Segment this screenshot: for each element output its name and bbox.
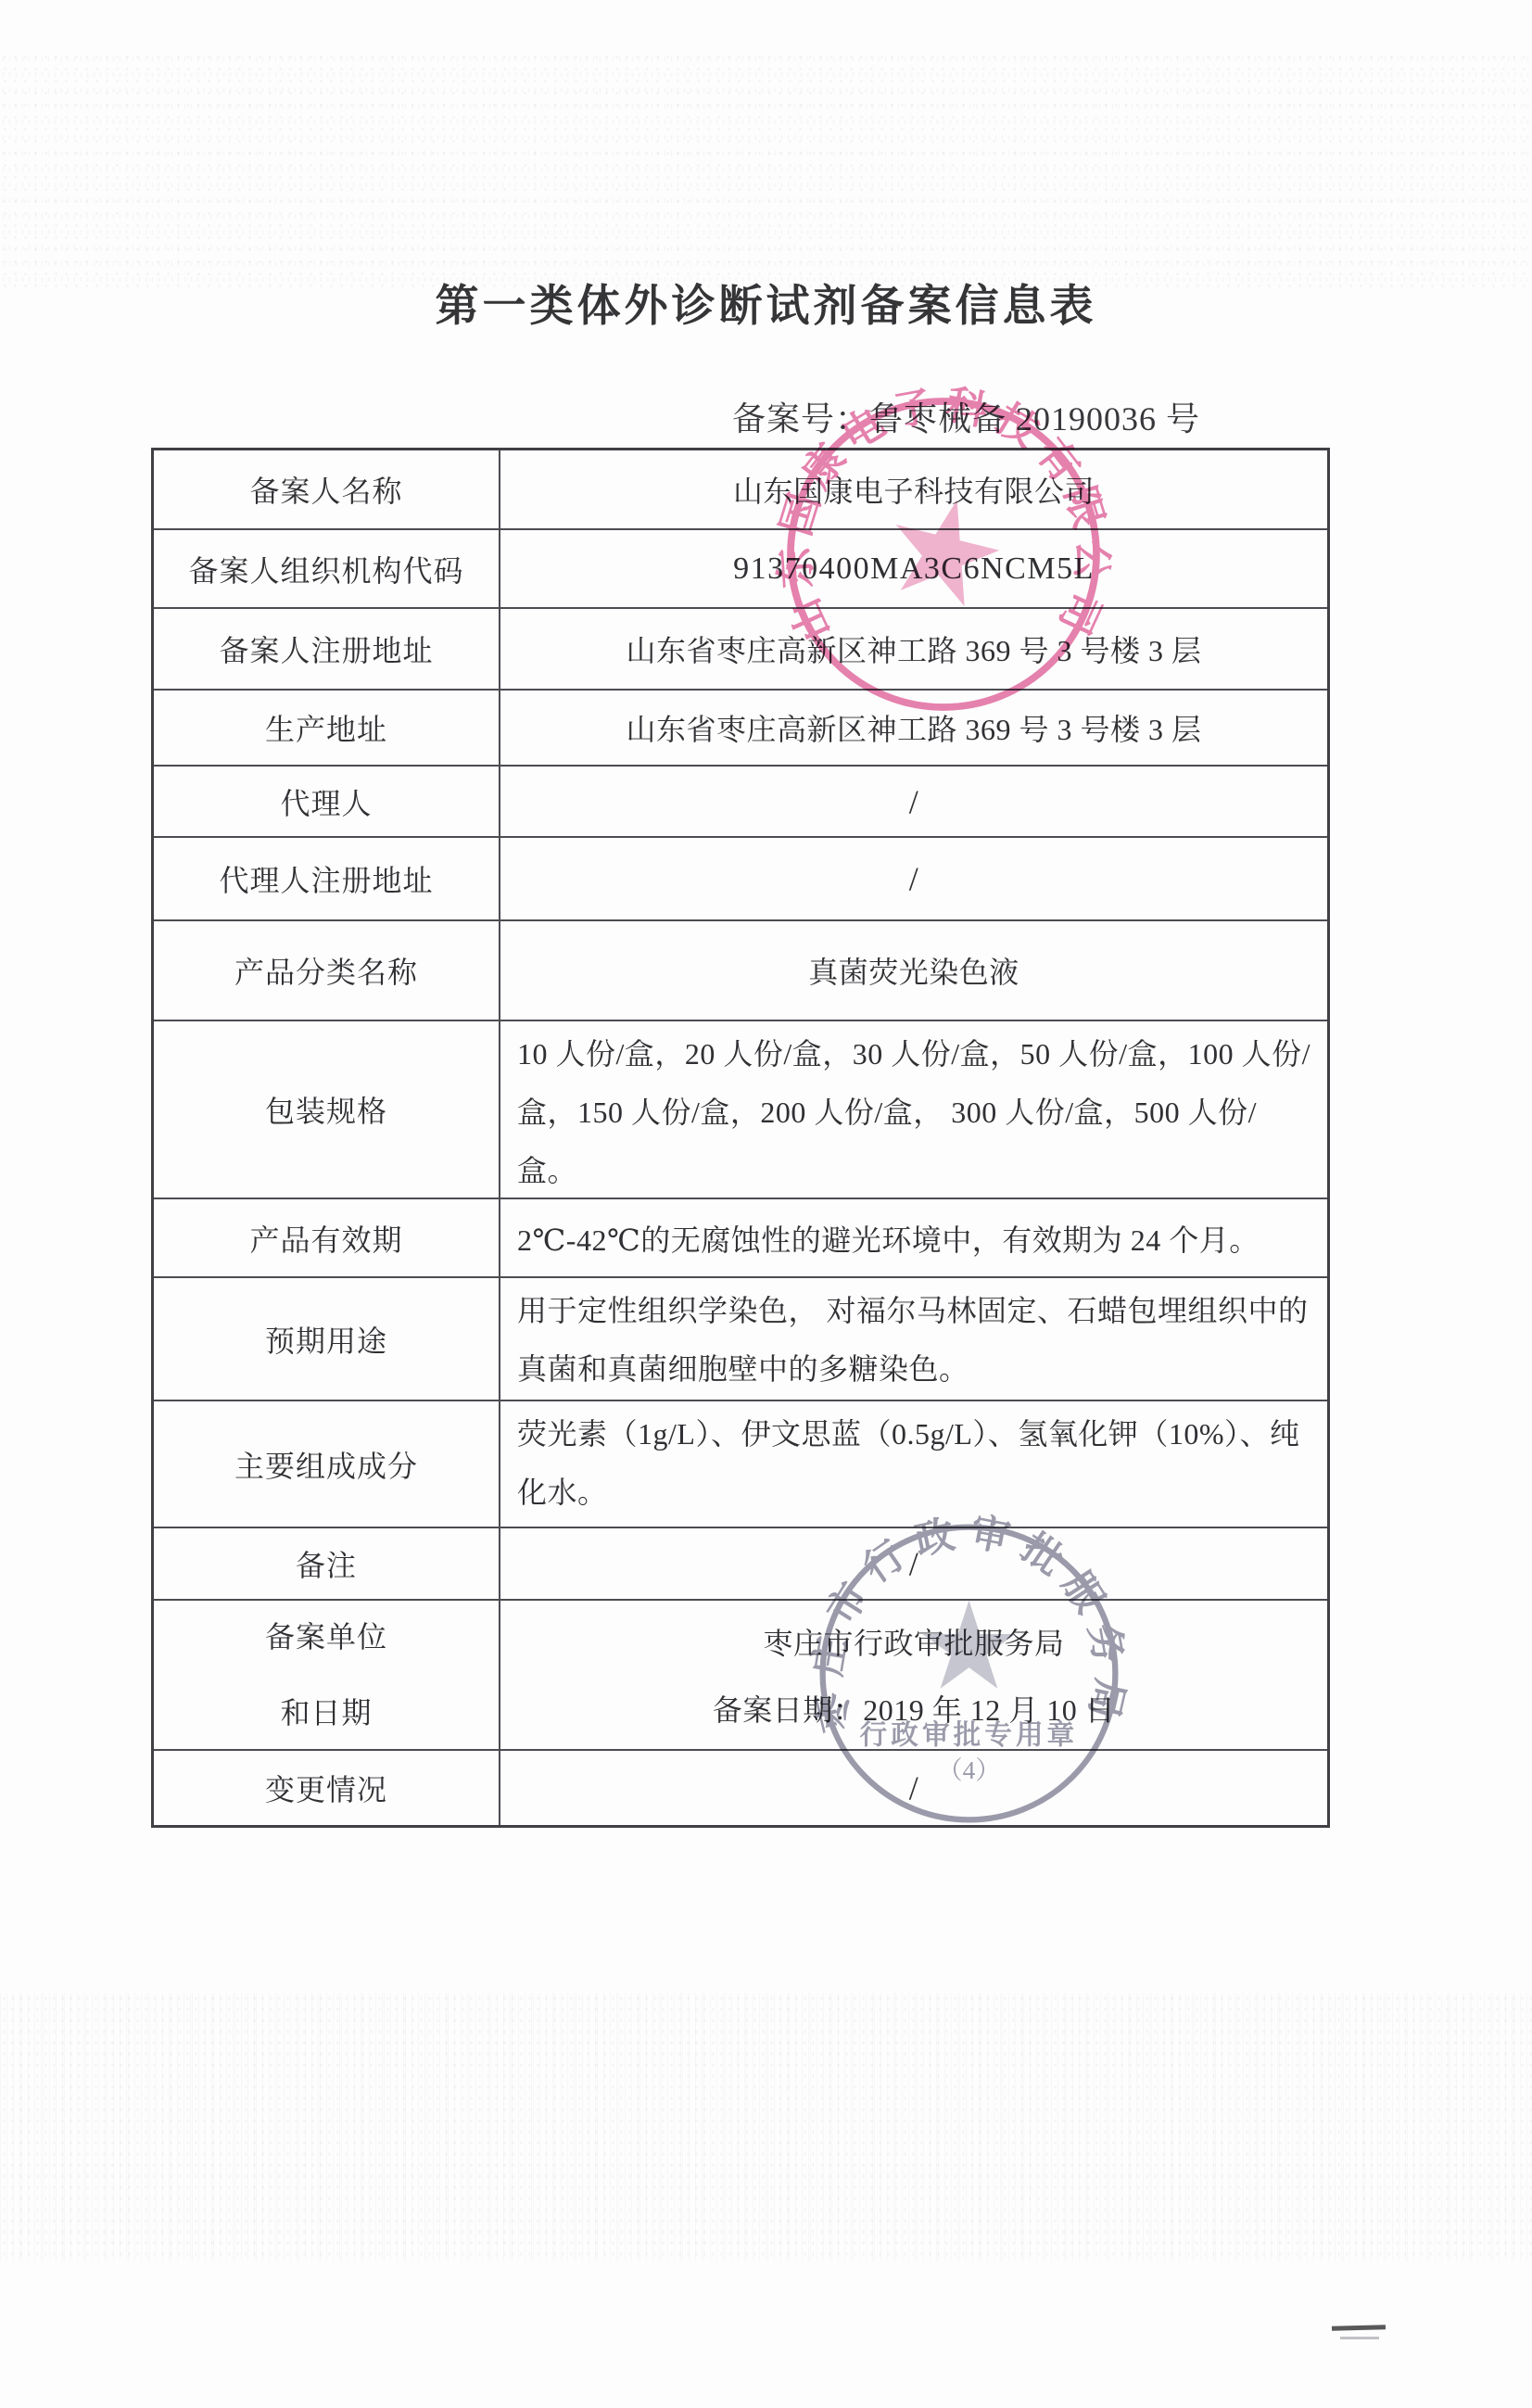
scan-artifact-mark	[1332, 2325, 1386, 2331]
table-row: 备案人注册地址 山东省枣庄高新区神工路 369 号 3 号楼 3 层	[154, 607, 1327, 689]
row-label-org-code: 备案人组织机构代码	[154, 530, 500, 607]
table-row: 包装规格 10 人份/盒，20 人份/盒，30 人份/盒，50 人份/盒，100…	[154, 1020, 1327, 1198]
scan-noise-top	[0, 51, 1532, 287]
row-label-filing-authority-date: 备案单位 和日期	[154, 1601, 500, 1749]
table-row: 代理人 /	[154, 765, 1327, 836]
table-row: 变更情况 /	[154, 1749, 1327, 1825]
row-label-remarks: 备注	[154, 1528, 500, 1599]
row-value-packaging-spec: 10 人份/盒，20 人份/盒，30 人份/盒，50 人份/盒，100 人份/盒…	[500, 1021, 1327, 1198]
row-label-intended-use: 预期用途	[154, 1278, 500, 1400]
row-value-changes: /	[500, 1751, 1327, 1825]
filing-authority-name: 枣庄市行政审批服务局	[763, 1620, 1064, 1663]
row-label-changes: 变更情况	[154, 1751, 500, 1825]
row-label-registered-address: 备案人注册地址	[154, 609, 500, 689]
scanned-document-page: 第一类体外诊断试剂备案信息表 备案号：鲁枣械备 20190036 号 备案人名称…	[0, 0, 1532, 2408]
row-value-agent-address: /	[500, 838, 1327, 919]
row-value-production-address: 山东省枣庄高新区神工路 369 号 3 号楼 3 层	[500, 691, 1327, 765]
row-value-org-code: 91370400MA3C6NCM5L	[500, 530, 1327, 607]
row-label-product-category: 产品分类名称	[154, 921, 500, 1020]
scan-artifact-mark-faint	[1340, 2337, 1379, 2339]
row-value-filing-authority-date: 枣庄市行政审批服务局 备案日期：2019 年 12 月 10 日	[500, 1601, 1327, 1749]
row-value-product-category: 真菌荧光染色液	[500, 921, 1327, 1020]
row-value-remarks: /	[500, 1528, 1327, 1599]
document-title: 第一类体外诊断试剂备案信息表	[0, 272, 1532, 334]
row-value-filer-name: 山东国康电子科技有限公司	[500, 450, 1327, 528]
table-row: 生产地址 山东省枣庄高新区神工路 369 号 3 号楼 3 层	[154, 689, 1327, 765]
table-row: 备案单位 和日期 枣庄市行政审批服务局 备案日期：2019 年 12 月 10 …	[154, 1599, 1327, 1749]
row-value-agent: /	[500, 767, 1327, 836]
table-row: 备案人组织机构代码 91370400MA3C6NCM5L	[154, 528, 1327, 607]
row-value-registered-address: 山东省枣庄高新区神工路 369 号 3 号楼 3 层	[500, 609, 1327, 689]
scan-noise-bottom	[0, 1993, 1532, 2262]
row-label-production-address: 生产地址	[154, 691, 500, 765]
table-row: 预期用途 用于定性组织学染色， 对福尔马林固定、石蜡包埋组织中的真菌和真菌细胞壁…	[154, 1276, 1327, 1400]
row-label-agent-address: 代理人注册地址	[154, 838, 500, 919]
filing-date: 备案日期：2019 年 12 月 10 日	[713, 1687, 1116, 1730]
row-value-shelf-life: 2℃-42℃的无腐蚀性的避光环境中，有效期为 24 个月。	[500, 1199, 1327, 1276]
table-row: 主要组成成分 荧光素（1g/L）、伊文思蓝（0.5g/L）、氢氧化钾（10%）、…	[154, 1400, 1327, 1527]
table-row: 代理人注册地址 /	[154, 836, 1327, 919]
row-label-packaging-spec: 包装规格	[154, 1021, 500, 1198]
record-number-line: 备案号：鲁枣械备 20190036 号	[732, 393, 1200, 440]
table-row: 备案人名称 山东国康电子科技有限公司	[154, 450, 1327, 528]
record-number-label: 备案号：	[732, 400, 869, 437]
table-row: 备注 /	[154, 1527, 1327, 1599]
row-label-agent: 代理人	[154, 767, 500, 836]
row-label-shelf-life: 产品有效期	[154, 1199, 500, 1276]
row-label-filer-name: 备案人名称	[154, 450, 500, 528]
row-value-main-components: 荧光素（1g/L）、伊文思蓝（0.5g/L）、氢氧化钾（10%）、纯化水。	[500, 1401, 1327, 1527]
table-row: 产品有效期 2℃-42℃的无腐蚀性的避光环境中，有效期为 24 个月。	[154, 1198, 1327, 1276]
row-label-main-components: 主要组成成分	[154, 1401, 500, 1527]
row-value-intended-use: 用于定性组织学染色， 对福尔马林固定、石蜡包埋组织中的真菌和真菌细胞壁中的多糖染…	[500, 1278, 1327, 1400]
filing-info-table: 备案人名称 山东国康电子科技有限公司 备案人组织机构代码 91370400MA3…	[151, 448, 1330, 1828]
record-number-value: 鲁枣械备 20190036 号	[869, 400, 1200, 437]
table-row: 产品分类名称 真菌荧光染色液	[154, 919, 1327, 1020]
